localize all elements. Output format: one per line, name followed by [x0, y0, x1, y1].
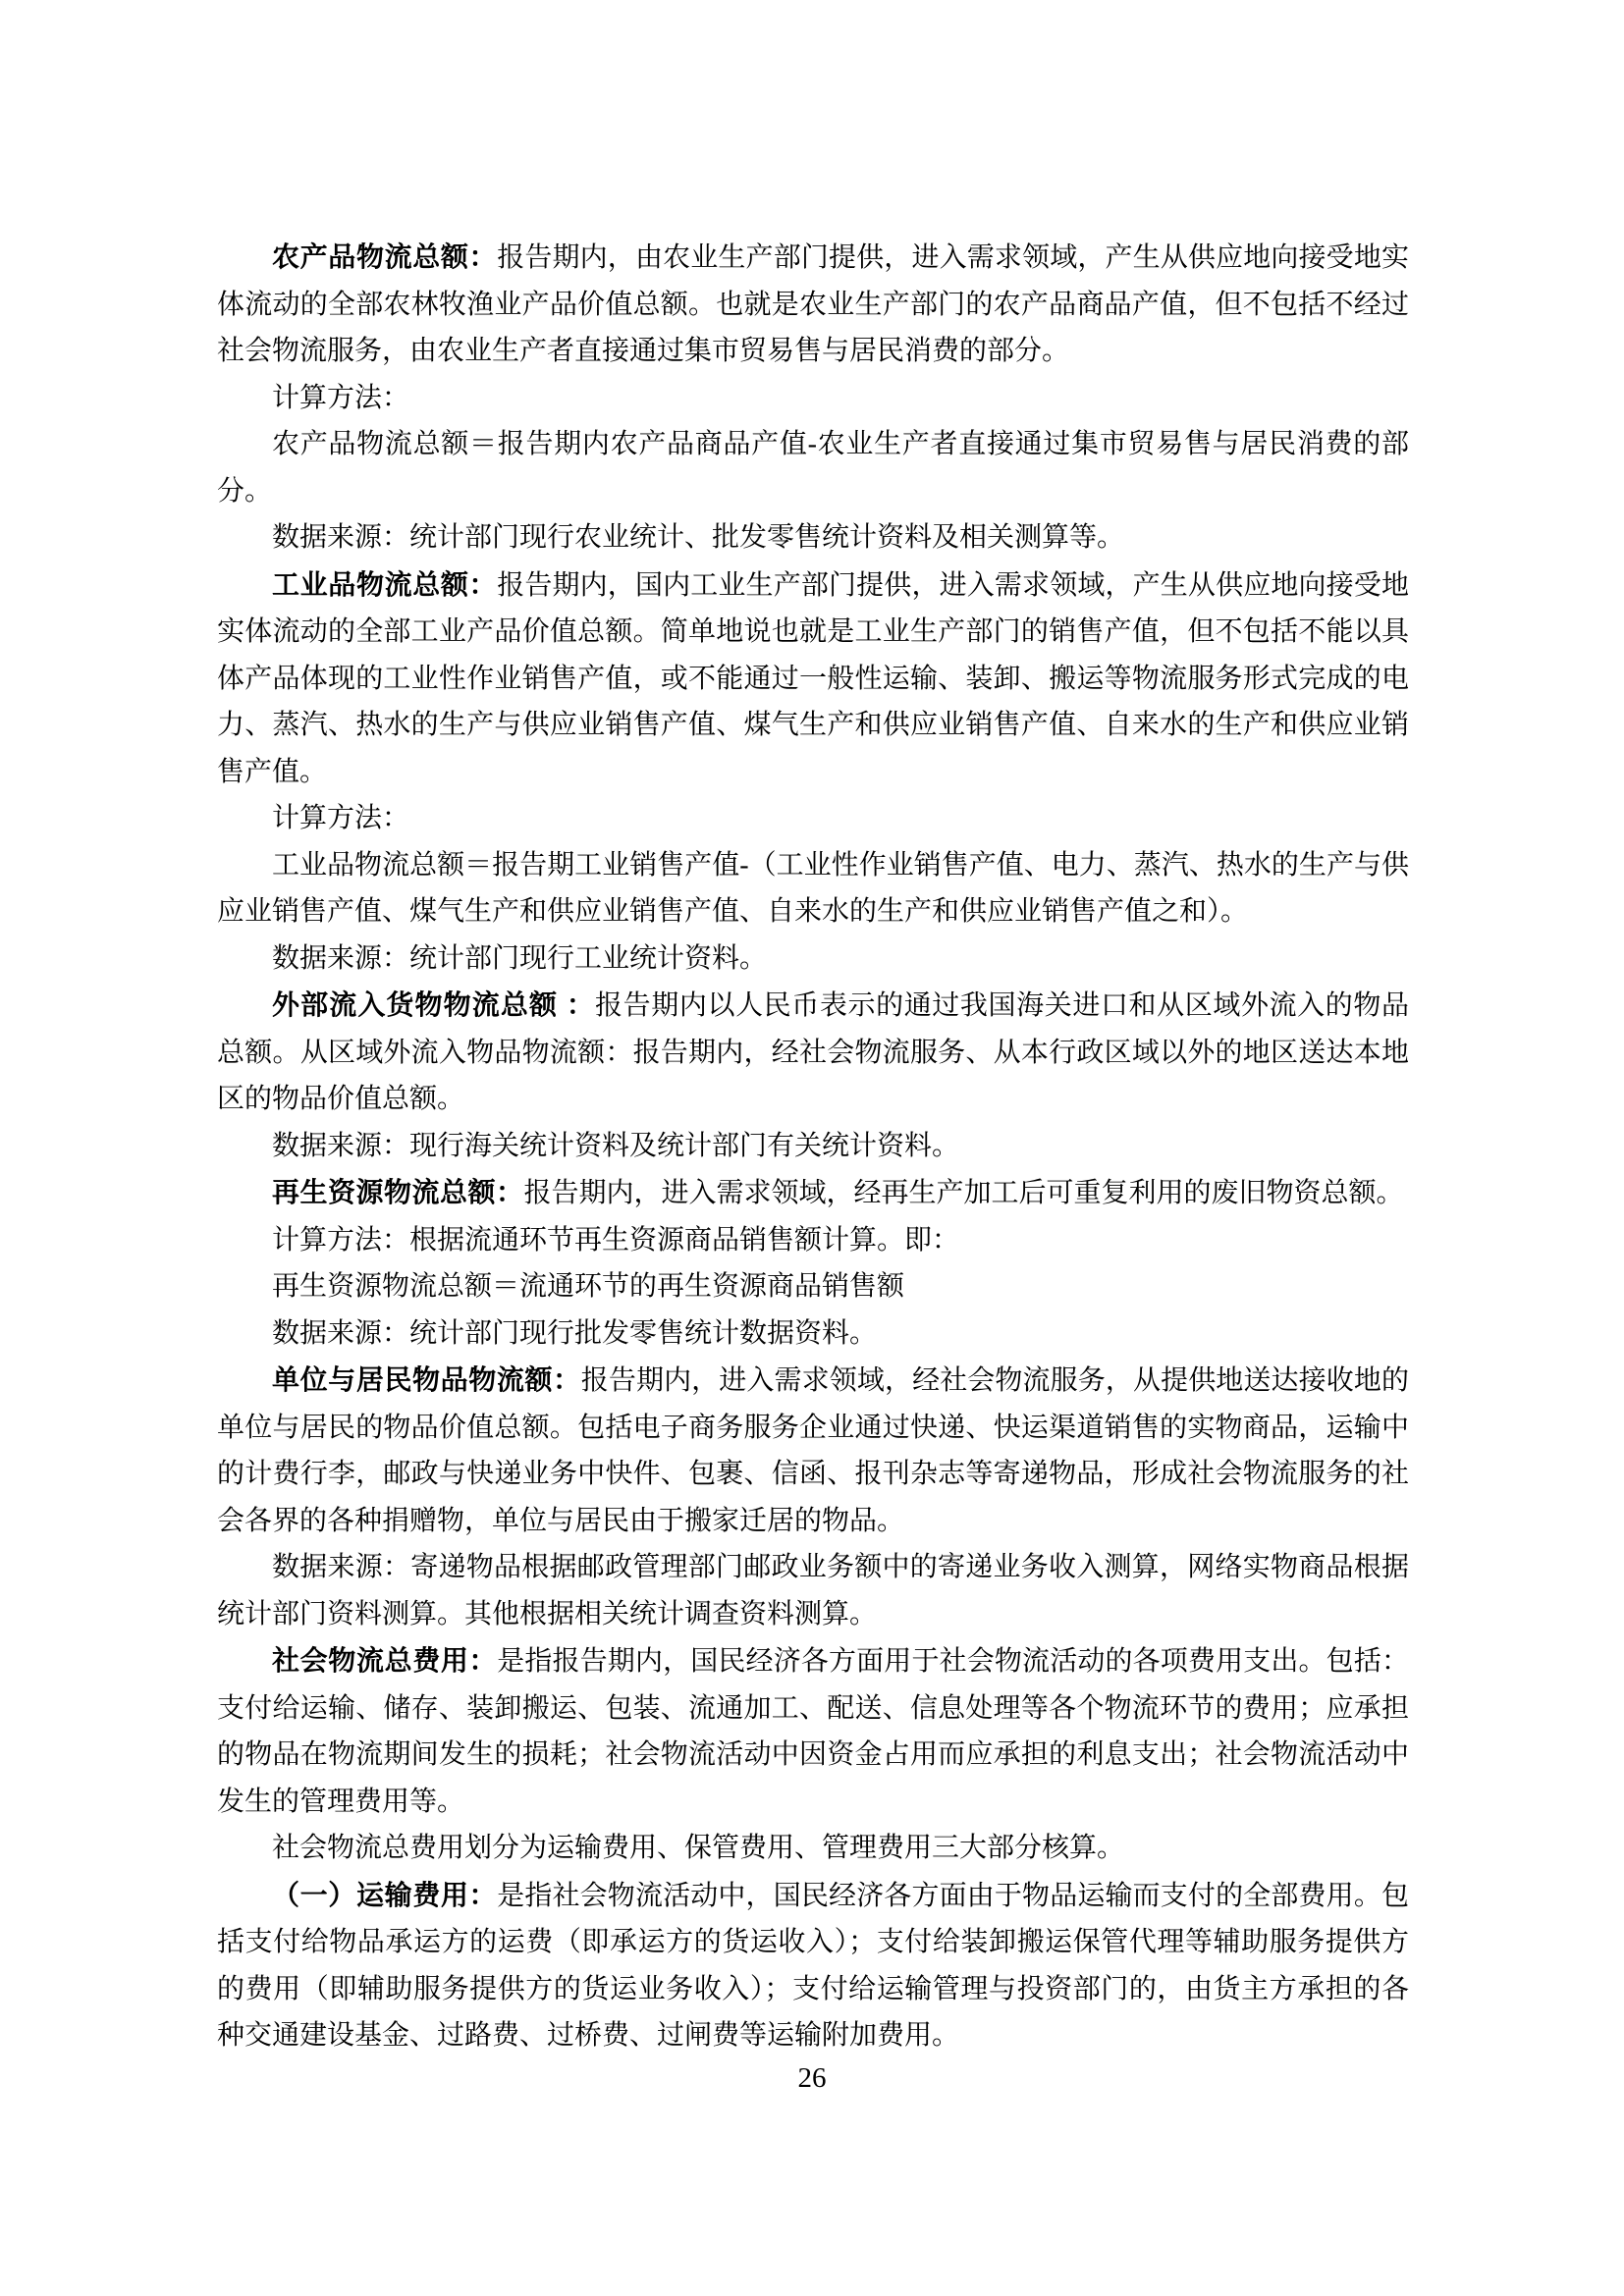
paragraph: （一）运输费用：是指社会物流活动中，国民经济各方面由于物品运输而支付的全部费用。… — [217, 1872, 1409, 2059]
page-number: 26 — [0, 2056, 1624, 2103]
paragraph: 农产品物流总额＝报告期内农产品商品产值-农业生产者直接通过集市贸易售与居民消费的… — [217, 421, 1409, 514]
paragraph: 社会物流总费用：是指报告期内，国民经济各方面用于社会物流活动的各项费用支出。包括… — [217, 1637, 1409, 1825]
paragraph: 工业品物流总额＝报告期工业销售产值-（工业性作业销售产值、电力、蒸汽、热水的生产… — [217, 842, 1409, 935]
term-label: 单位与居民物品物流额： — [272, 1364, 581, 1395]
term-label: 工业品物流总额： — [272, 569, 497, 600]
paragraph: 数据来源：现行海关统计资料及统计部门有关统计资料。 — [217, 1123, 1409, 1170]
paragraph: 工业品物流总额：报告期内，国内工业生产部门提供，进入需求领域，产生从供应地向接受… — [217, 561, 1409, 796]
paragraph: 数据来源：统计部门现行工业统计资料。 — [217, 935, 1409, 983]
term-label: （一）运输费用： — [272, 1880, 497, 1910]
term-label: 农产品物流总额： — [272, 241, 497, 272]
paragraph-text: 社会物流总费用划分为运输费用、保管费用、管理费用三大部分核算。 — [272, 1833, 1124, 1863]
paragraph-text: 计算方法：根据流通环节再生资源商品销售额计算。即： — [272, 1225, 959, 1255]
paragraph-text: 数据来源：统计部门现行工业统计资料。 — [272, 943, 767, 974]
paragraph: 再生资源物流总额＝流通环节的再生资源商品销售额 — [217, 1263, 1409, 1310]
term-label: 外部流入货物物流总额 ： — [272, 989, 595, 1020]
paragraph: 社会物流总费用划分为运输费用、保管费用、管理费用三大部分核算。 — [217, 1825, 1409, 1872]
paragraph-text: 再生资源物流总额＝流通环节的再生资源商品销售额 — [272, 1271, 904, 1302]
paragraph: 计算方法： — [217, 375, 1409, 422]
paragraph-text: 数据来源：现行海关统计资料及统计部门有关统计资料。 — [272, 1131, 959, 1161]
paragraph-text: 报告期内，进入需求领域，经再生产加工后可重复利用的废旧物资总额。 — [524, 1178, 1404, 1208]
paragraph: 计算方法：根据流通环节再生资源商品销售额计算。即： — [217, 1217, 1409, 1264]
paragraph-text: 报告期内，国内工业生产部门提供，进入需求领域，产生从供应地向接受地实体流动的全部… — [217, 570, 1409, 787]
term-label: 再生资源物流总额： — [272, 1177, 524, 1207]
paragraph: 单位与居民物品物流额：报告期内，进入需求领域，经社会物流服务，从提供地送达接收地… — [217, 1357, 1409, 1544]
paragraph: 再生资源物流总额：报告期内，进入需求领域，经再生产加工后可重复利用的废旧物资总额… — [217, 1169, 1409, 1217]
paragraph: 数据来源：统计部门现行农业统计、批发零售统计资料及相关测算等。 — [217, 514, 1409, 561]
paragraph-text: 计算方法： — [272, 383, 409, 413]
term-label: 社会物流总费用： — [272, 1645, 497, 1676]
paragraph: 农产品物流总额：报告期内，由农业生产部门提供，进入需求领域，产生从供应地向接受地… — [217, 234, 1409, 375]
paragraph: 计算方法： — [217, 795, 1409, 842]
paragraph: 外部流入货物物流总额 ：报告期内以人民币表示的通过我国海关进口和从区域外流入的物… — [217, 982, 1409, 1123]
paragraph-text: 数据来源：统计部门现行批发零售统计数据资料。 — [272, 1318, 877, 1349]
paragraph: 数据来源：寄递物品根据邮政管理部门邮政业务额中的寄递业务收入测算，网络实物商品根… — [217, 1544, 1409, 1637]
paragraph-text: 农产品物流总额＝报告期内农产品商品产值-农业生产者直接通过集市贸易售与居民消费的… — [217, 429, 1409, 507]
paragraph-text: 计算方法： — [272, 803, 409, 833]
paragraph-text: 数据来源：寄递物品根据邮政管理部门邮政业务额中的寄递业务收入测算，网络实物商品根… — [217, 1552, 1409, 1629]
document-page: 农产品物流总额：报告期内，由农业生产部门提供，进入需求领域，产生从供应地向接受地… — [217, 234, 1409, 2059]
paragraph: 数据来源：统计部门现行批发零售统计数据资料。 — [217, 1310, 1409, 1358]
paragraph-text: 工业品物流总额＝报告期工业销售产值-（工业性作业销售产值、电力、蒸汽、热水的生产… — [217, 850, 1409, 928]
paragraph-text: 数据来源：统计部门现行农业统计、批发零售统计资料及相关测算等。 — [272, 522, 1124, 553]
